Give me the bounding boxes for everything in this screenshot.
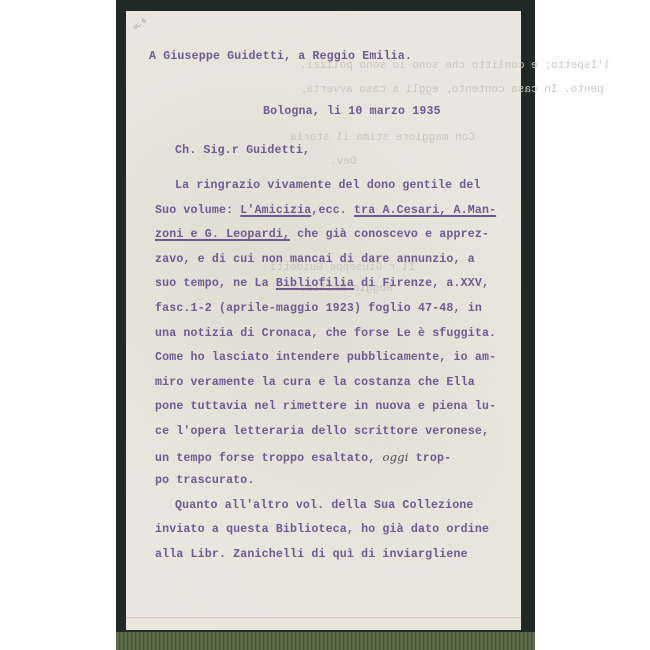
body-line: po trascurato. bbox=[155, 474, 255, 487]
handwritten-correction: oggi bbox=[382, 450, 408, 464]
text-segment: pone tuttavia nel rimettere in nuova e p… bbox=[155, 400, 496, 413]
text-segment: che già conoscevo e apprez- bbox=[290, 228, 489, 241]
underlined-text: zoni e G. Leopardi, bbox=[155, 228, 290, 241]
text-segment: suo tempo, ne La bbox=[155, 277, 276, 290]
bleed-through-line: Dev. bbox=[330, 156, 356, 168]
text-segment: po trascurato. bbox=[155, 474, 255, 487]
scan-bed-edge bbox=[116, 632, 535, 650]
body-line: una notizia di Cronaca, che forse Le è s… bbox=[155, 327, 496, 340]
salutation: Ch. Sig.r Guidetti, bbox=[175, 144, 310, 157]
body-line: inviato a questa Biblioteca, ho già dato… bbox=[155, 523, 489, 536]
body-line: fasc.1-2 (aprile-maggio 1923) foglio 47-… bbox=[155, 302, 482, 315]
body-line: un tempo forse troppo esaltato, oggi tro… bbox=[155, 450, 451, 465]
bleed-through-line: Con maggiore stima il storia bbox=[290, 132, 475, 144]
text-segment: un tempo forse troppo esaltato, bbox=[155, 452, 382, 465]
text-segment: ce l'opera letteraria dello scrittore ve… bbox=[155, 425, 489, 438]
underlined-text: L'Amicizia bbox=[240, 204, 311, 217]
body-line: Quanto all'altro vol. della Sua Collezio… bbox=[175, 499, 474, 512]
text-segment: di Firenze, a.XXV, bbox=[354, 277, 489, 290]
body-line: pone tuttavia nel rimettere in nuova e p… bbox=[155, 400, 496, 413]
paper-fold-line bbox=[126, 617, 521, 618]
body-line: La ringrazio vivamente del dono gentile … bbox=[175, 179, 481, 192]
underlined-text: Bibliofilia bbox=[276, 277, 354, 290]
bleed-through-line: pento. In casa contento, eggli a caso av… bbox=[300, 84, 604, 96]
text-segment: La ringrazio vivamente del dono gentile … bbox=[175, 179, 481, 192]
body-line: zoni e G. Leopardi, che già conoscevo e … bbox=[155, 228, 489, 241]
text-segment: Quanto all'altro vol. della Sua Collezio… bbox=[175, 499, 474, 512]
text-segment: miro veramente la cura e la costanza che… bbox=[155, 376, 475, 389]
text-segment: inviato a questa Biblioteca, ho già dato… bbox=[155, 523, 489, 536]
body-line: alla Libr. Zanichelli di quì di inviargl… bbox=[155, 548, 468, 561]
body-line: suo tempo, ne La Bibliofilia di Firenze,… bbox=[155, 277, 489, 290]
place-date: Bologna, li 10 marzo 1935 bbox=[263, 105, 441, 118]
underlined-text: tra A.Cesari, A.Man- bbox=[354, 204, 496, 217]
text-segment: trop- bbox=[409, 452, 452, 465]
text-segment: ,ecc. bbox=[311, 204, 354, 217]
body-line: Come ho lasciato intendere pubblicamente… bbox=[155, 351, 496, 364]
text-segment: alla Libr. Zanichelli di quì di inviargl… bbox=[155, 548, 468, 561]
text-segment: Suo volume: bbox=[155, 204, 240, 217]
body-line: ce l'opera letteraria dello scrittore ve… bbox=[155, 425, 489, 438]
body-line: miro veramente la cura e la costanza che… bbox=[155, 376, 475, 389]
letter-sheet bbox=[126, 11, 521, 630]
text-segment: una notizia di Cronaca, che forse Le è s… bbox=[155, 327, 496, 340]
text-segment: zavo, e di cui non mancai di dare annunz… bbox=[155, 253, 475, 266]
text-segment: fasc.1-2 (aprile-maggio 1923) foglio 47-… bbox=[155, 302, 482, 315]
addressee-line: A Giuseppe Guidetti, a Reggio Emilia. bbox=[149, 50, 412, 63]
body-line: Suo volume: L'Amicizia,ecc. tra A.Cesari… bbox=[155, 204, 496, 217]
text-segment: Come ho lasciato intendere pubblicamente… bbox=[155, 351, 496, 364]
body-line: zavo, e di cui non mancai di dare annunz… bbox=[155, 253, 475, 266]
